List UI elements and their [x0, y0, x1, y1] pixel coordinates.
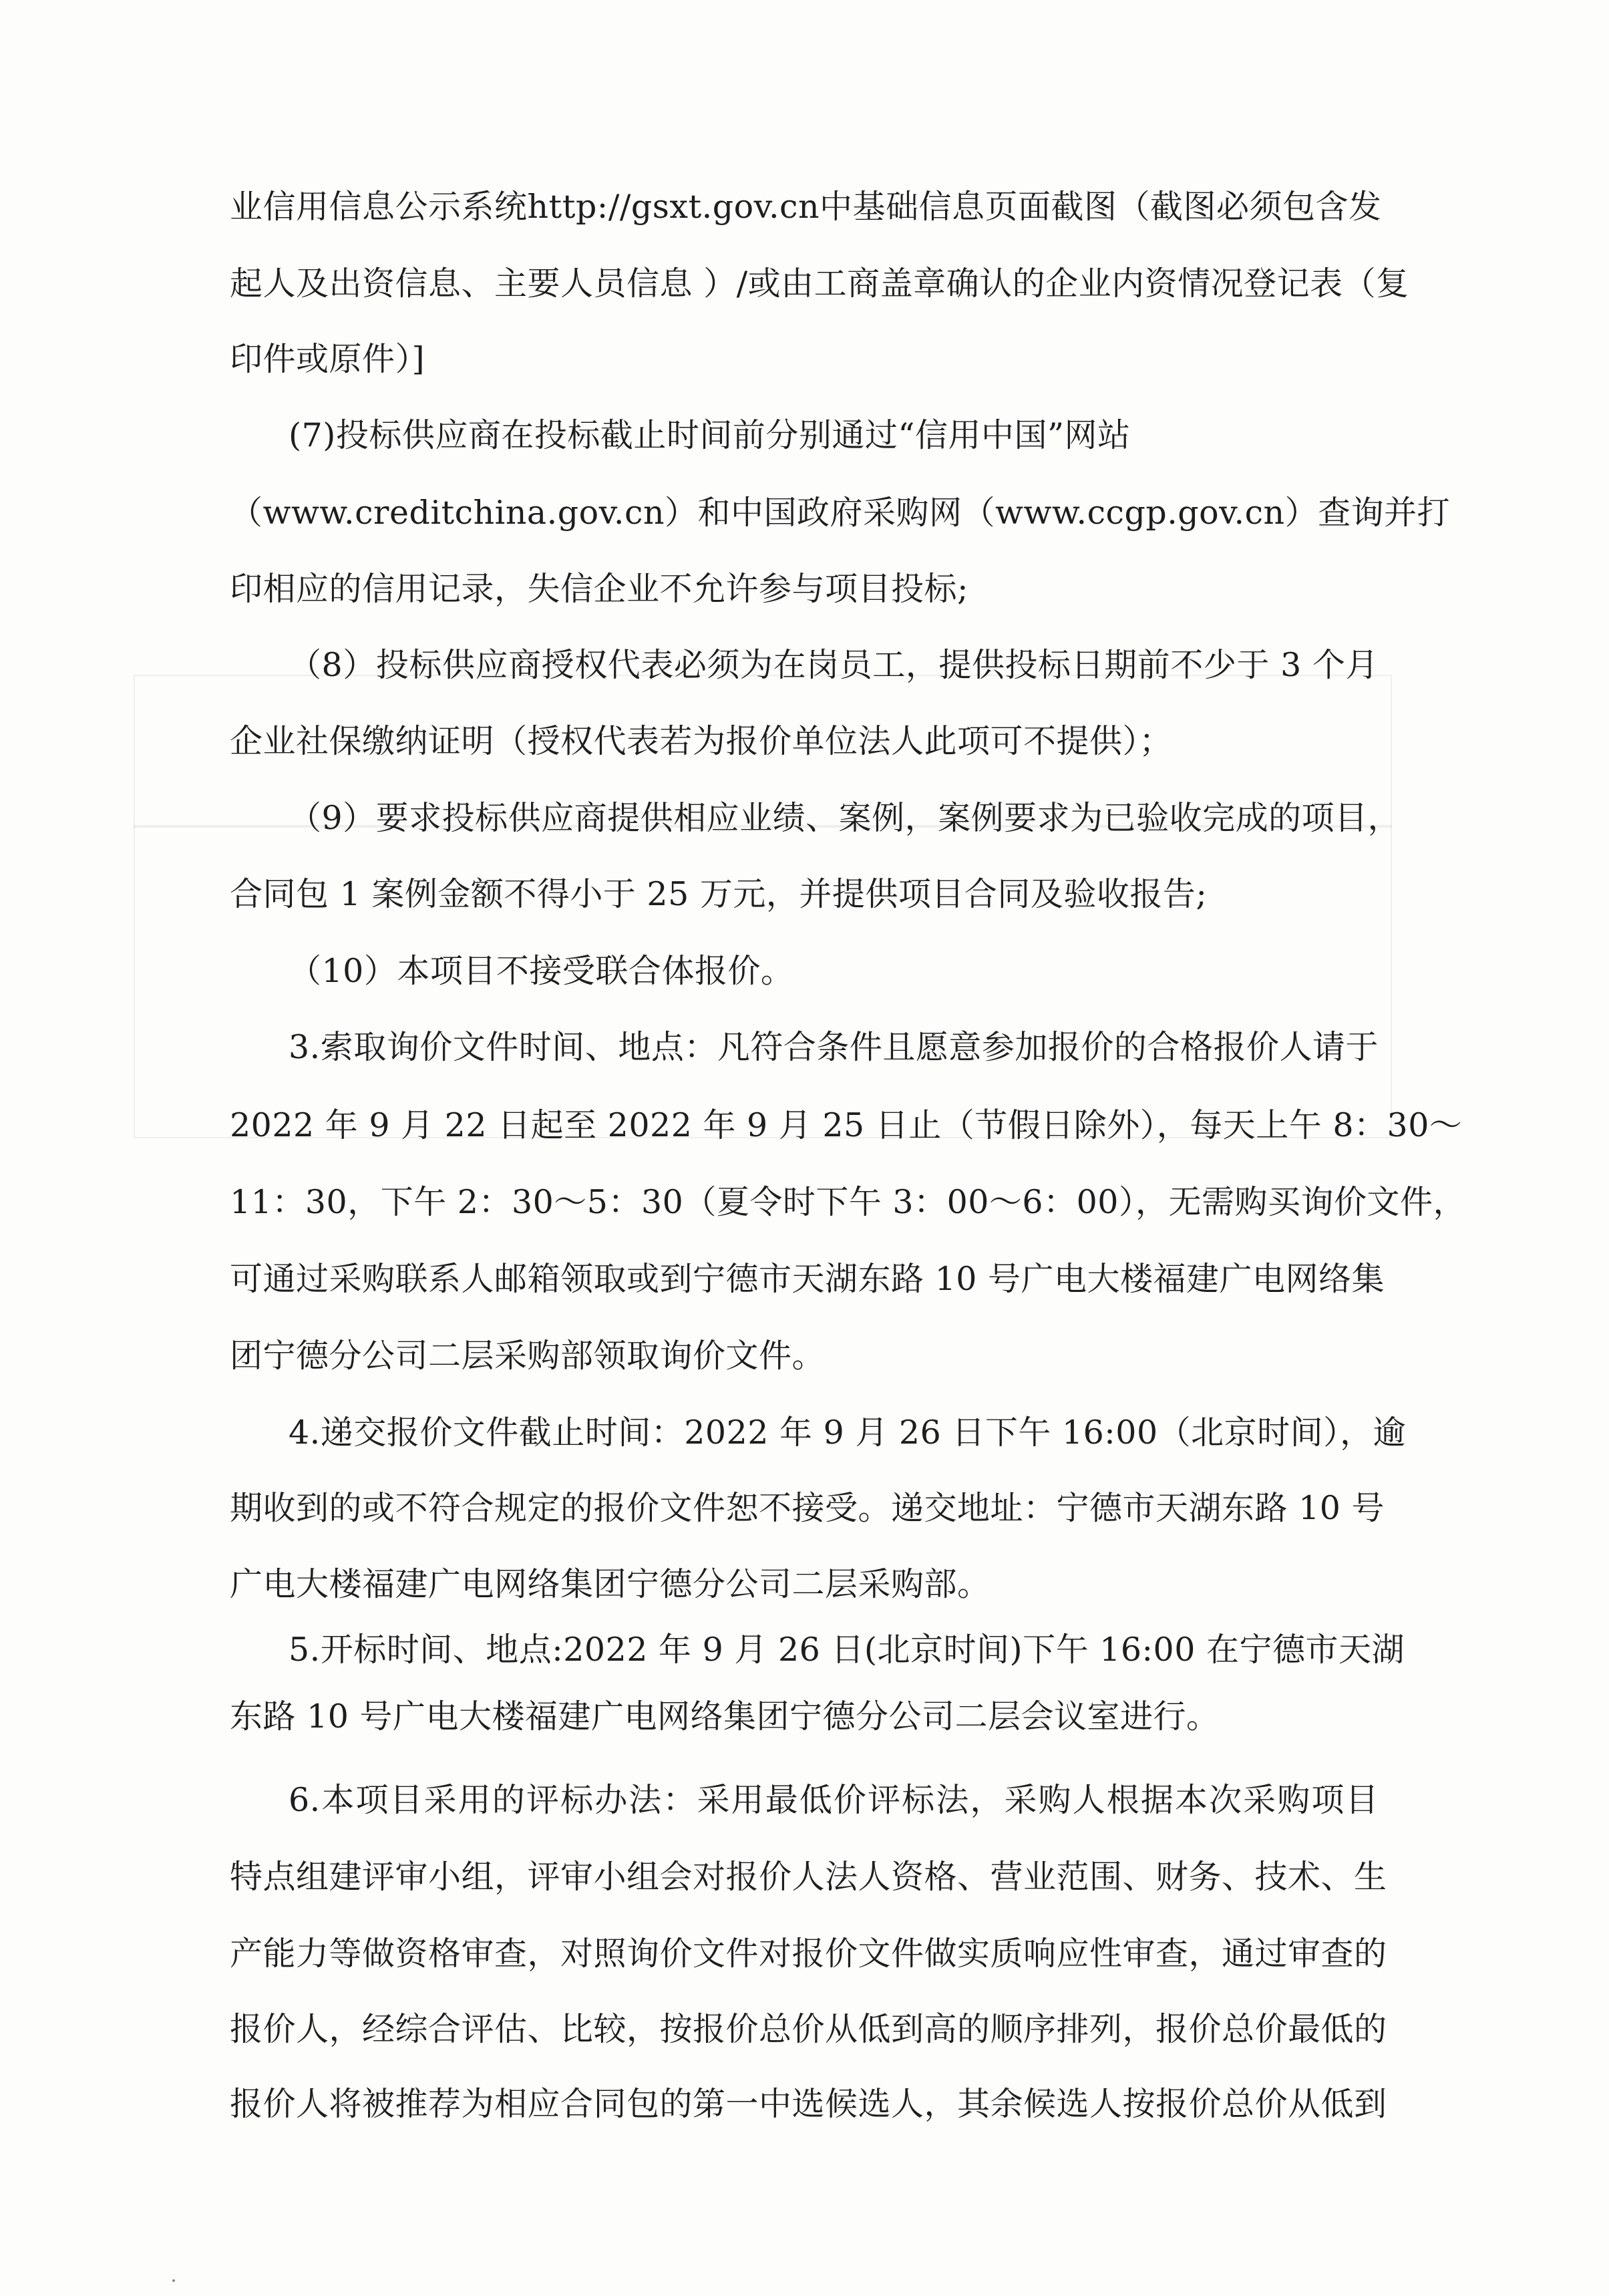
text-line: （8）投标供应商授权代表必须为在岗员工，提供投标日期前不少于 3 个月 — [289, 645, 1379, 685]
document-page: 业信用信息公示系统http://gsxt.gov.cn中基础信息页面截图（截图必… — [0, 0, 1609, 2296]
text-line: （9）要求投标供应商提供相应业绩、案例，案例要求为已验收完成的项目， — [289, 798, 1379, 838]
text-line: 报价人，经综合评估、比较，按报价总价从低到高的顺序排列，报价总价最低的 — [230, 2009, 1379, 2049]
text-line: （10）本项目不接受联合体报价。 — [289, 951, 1379, 991]
text-line: 起人及出资信息、主要人员信息 ）/或由工商盖章确认的企业内资情况登记表（复 — [230, 264, 1379, 304]
text-line: 企业社保缴纳证明（授权代表若为报价单位法人此项可不提供）； — [230, 721, 1379, 762]
text-line: 期收到的或不符合规定的报价文件恕不接受。递交地址：宁德市天湖东路 10 号 — [230, 1488, 1379, 1528]
text-line: 印件或原件）] — [230, 339, 1379, 379]
text-line: 3.索取询价文件时间、地点：凡符合条件且愿意参加报价的合格报价人请于 — [289, 1027, 1379, 1068]
text-line: 6.本项目采用的评标办法：采用最低价评标法，采购人根据本次采购项目 — [289, 1780, 1379, 1820]
text-line: 可通过采购联系人邮箱领取或到宁德市天湖东路 10 号广电大楼福建广电网络集 — [230, 1259, 1379, 1299]
text-line: 合同包 1 案例金额不得小于 25 万元，并提供项目合同及验收报告; — [230, 874, 1379, 915]
text-line: 团宁德分公司二层采购部领取询价文件。 — [230, 1336, 1379, 1376]
text-line: 印相应的信用记录，失信企业不允许参与项目投标; — [230, 569, 1379, 609]
text-line: 2022 年 9 月 22 日起至 2022 年 9 月 25 日止（节假日除外… — [230, 1106, 1379, 1146]
text-line: 东路 10 号广电大楼福建广电网络集团宁德分公司二层会议室进行。 — [230, 1697, 1379, 1737]
scan-speck — [172, 2279, 175, 2282]
text-line: 11：30，下午 2：30～5：30（夏令时下午 3：00～6：00），无需购买… — [230, 1182, 1379, 1222]
text-line: 广电大楼福建广电网络集团宁德分公司二层采购部。 — [230, 1565, 1379, 1605]
text-line: 报价人将被推荐为相应合同包的第一中选候选人，其余候选人按报价总价从低到 — [230, 2084, 1379, 2124]
text-line: 业信用信息公示系统http://gsxt.gov.cn中基础信息页面截图（截图必… — [230, 187, 1379, 227]
text-line: (7)投标供应商在投标截止时间前分别通过“信用中国”网站 — [289, 416, 1379, 456]
text-line: 5.开标时间、地点:2022 年 9 月 26 日(北京时间)下午 16:00 … — [289, 1630, 1379, 1670]
text-line: 产能力等做资格审查，对照询价文件对报价文件做实质响应性审查，通过审查的 — [230, 1934, 1379, 1974]
text-line: 4.递交报价文件截止时间：2022 年 9 月 26 日下午 16:00（北京时… — [289, 1413, 1379, 1453]
text-line: （www.creditchina.gov.cn）和中国政府采购网（www.ccg… — [230, 493, 1379, 533]
text-line: 特点组建评审小组，评审小组会对报价人法人资格、营业范围、财务、技术、生 — [230, 1857, 1379, 1897]
